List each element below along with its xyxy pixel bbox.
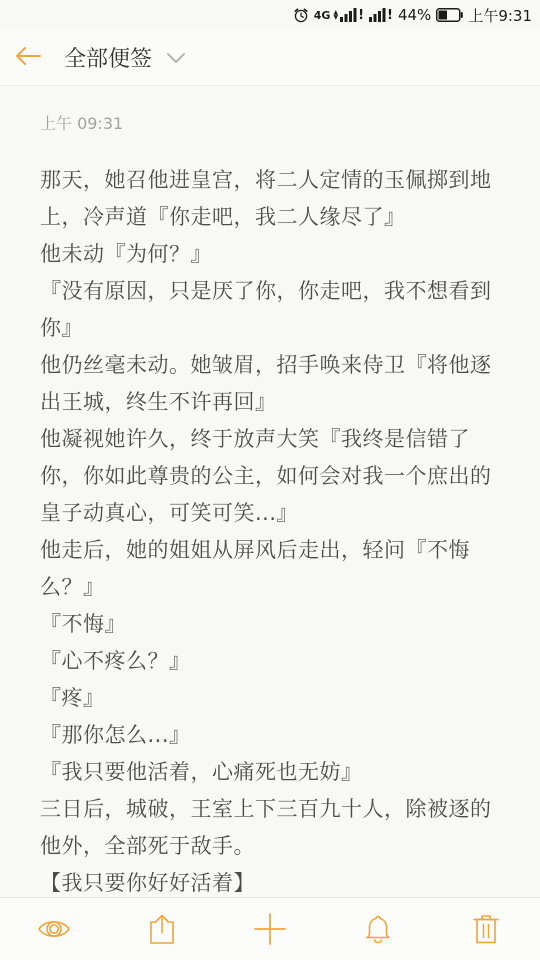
trash-icon — [471, 913, 501, 945]
note-paragraph: 他走后，她的姐姐从屏风后走出，轻问『不悔么？』 — [40, 532, 500, 606]
eye-icon — [37, 916, 71, 942]
back-button[interactable] — [0, 30, 56, 86]
page-title: 全部便签 — [64, 42, 152, 73]
note-paragraph: 【我只要你好好活着】 — [40, 865, 500, 897]
share-button[interactable] — [132, 899, 192, 959]
note-paragraph: 『没有原因，只是厌了你，你走吧，我不想看到你』 — [40, 273, 500, 347]
reminder-button[interactable] — [348, 899, 408, 959]
note-paragraph: 『疼』 — [40, 680, 500, 717]
note-paragraph: 那天，她召他进皇宫，将二人定情的玉佩掷到地上，冷声道『你走吧，我二人缘尽了』 — [40, 162, 500, 236]
note-timestamp: 上午 09:31 — [40, 111, 500, 134]
header: 全部便签 — [0, 30, 540, 86]
signal-bars-sim2-icon: ! — [369, 8, 393, 23]
note-paragraph: 他未动『为何？』 — [40, 236, 500, 273]
network-type-label: 4G — [314, 9, 331, 22]
bell-icon — [362, 913, 394, 945]
status-time-label: 上午9:31 — [468, 5, 532, 26]
delete-button[interactable] — [456, 899, 516, 959]
share-icon — [148, 913, 176, 945]
alarm-icon — [293, 7, 309, 23]
view-button[interactable] — [24, 899, 84, 959]
status-bar: 4G ▲▼ ! ! 44% 上午9:31 — [0, 0, 540, 30]
chevron-down-icon[interactable] — [166, 52, 186, 64]
note-paragraph: 三日后，城破，王室上下三百九十人，除被逐的他外，全部死于敌手。 — [40, 791, 500, 865]
add-note-button[interactable] — [240, 899, 300, 959]
note-paragraph: 他凝视她许久，终于放声大笑『我终是信错了你，你如此尊贵的公主，如何会对我一个庶出… — [40, 421, 500, 532]
data-arrows-icon: ▲▼ — [333, 10, 338, 20]
signal-alert-label: ! — [387, 9, 393, 23]
plus-icon — [253, 912, 287, 946]
note-paragraph: 『那你怎么...』 — [40, 717, 500, 754]
note-body[interactable]: 那天，她召他进皇宫，将二人定情的玉佩掷到地上，冷声道『你走吧，我二人缘尽了』他未… — [40, 162, 500, 897]
note-paragraph: 『我只要他活着，心痛死也无妨』 — [40, 754, 500, 791]
signal-alert-label: ! — [358, 9, 364, 23]
note-paragraph: 『心不疼么？』 — [40, 643, 500, 680]
battery-icon — [436, 8, 463, 22]
bottom-toolbar — [0, 897, 540, 960]
note-view: 上午 09:31 那天，她召他进皇宫，将二人定情的玉佩掷到地上，冷声道『你走吧，… — [0, 87, 540, 897]
note-paragraph: 『不悔』 — [40, 606, 500, 643]
note-paragraph: 他仍丝毫未动。她皱眉，招手唤来侍卫『将他逐出王城，终生不许再回』 — [40, 347, 500, 421]
signal-bars-sim1-icon: ! — [340, 8, 364, 23]
battery-percent-label: 44% — [398, 6, 431, 24]
back-arrow-icon — [14, 45, 42, 71]
